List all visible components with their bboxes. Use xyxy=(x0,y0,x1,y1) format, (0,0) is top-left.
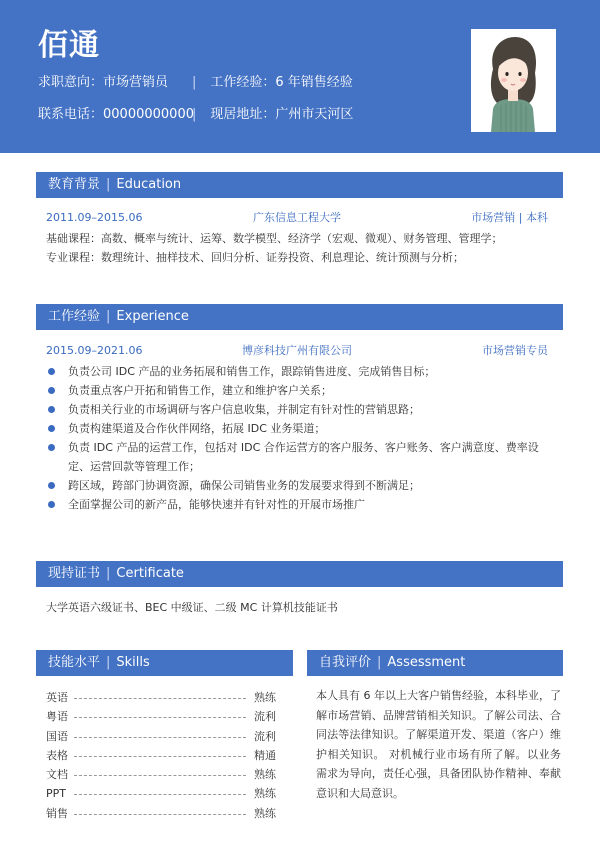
skill-name: 英语 xyxy=(46,688,72,707)
job-intent-value: 市场营销员 xyxy=(103,75,168,90)
skill-name: 表格 xyxy=(46,746,72,765)
section-header-skills: 技能水平|Skills xyxy=(36,650,293,676)
section-header-assessment: 自我评价|Assessment xyxy=(307,650,563,676)
skill-row: PPT熟练 xyxy=(46,784,276,803)
education-major-degree: 市场营销 | 本科 xyxy=(471,210,548,226)
section-title-cn: 工作经验 xyxy=(48,309,100,324)
section-title-en: Skills xyxy=(116,655,149,670)
candidate-name: 佰通 xyxy=(38,28,100,64)
bullet-icon xyxy=(48,368,55,375)
bullet-icon xyxy=(48,501,55,508)
divider: | xyxy=(106,177,110,192)
dotted-leader xyxy=(74,737,246,738)
duties-list: 负责公司 IDC 产品的业务拓展和销售工作，跟踪销售进度、完成销售目标； 负责重… xyxy=(46,362,556,514)
list-item: 负责公司 IDC 产品的业务拓展和销售工作，跟踪销售进度、完成销售目标； xyxy=(46,362,556,381)
resume-header: 佰通 求职意向：市场营销员|工作经验：6 年销售经验 联系电话：00000000… xyxy=(0,0,600,153)
list-item: 负责 IDC 产品的运营工作，包括对 IDC 合作运营方的客户服务、客户账务、客… xyxy=(46,438,556,476)
divider: | xyxy=(106,309,110,324)
section-title-cn: 技能水平 xyxy=(48,655,100,670)
dotted-leader xyxy=(74,756,246,757)
experience-company: 博彦科技广州有限公司 xyxy=(46,343,548,359)
major-courses: 专业课程：数理统计、抽样技术、回归分析、证券投资、利息理论、统计预测与分析； xyxy=(46,248,464,267)
duty-text: 全面掌握公司的新产品，能够快速并有针对性的开展市场推广 xyxy=(68,498,365,511)
address-value: 广州市天河区 xyxy=(275,107,353,122)
phone: 联系电话：00000000000 xyxy=(38,106,178,124)
duty-text: 负责相关行业的市场调研与客户信息收集，并制定有针对性的营销思路； xyxy=(68,403,420,416)
divider: | xyxy=(106,566,110,581)
skill-level: 熟练 xyxy=(250,688,276,707)
duty-text: 负责构建渠道及合作伙伴网络，拓展 IDC 业务渠道； xyxy=(68,422,325,435)
job-intent: 求职意向：市场营销员 xyxy=(38,74,178,92)
dotted-leader xyxy=(74,717,246,718)
skill-name: PPT xyxy=(46,784,70,803)
basic-courses: 基础课程：高数、概率与统计、运筹、数学模型、经济学（宏观、微观）、财务管理、管理… xyxy=(46,229,503,248)
address-label: 现居地址： xyxy=(210,107,275,122)
skill-level: 熟练 xyxy=(250,784,276,803)
experience-position: 市场营销专员 xyxy=(482,343,548,359)
divider: | xyxy=(106,655,110,670)
skill-name: 粤语 xyxy=(46,707,72,726)
divider: | xyxy=(192,106,196,124)
list-item: 负责构建渠道及合作伙伴网络，拓展 IDC 业务渠道； xyxy=(46,419,556,438)
divider: | xyxy=(192,74,196,92)
certificate-text: 大学英语六级证书、BEC 中级证、二级 MC 计算机技能证书 xyxy=(46,598,338,617)
section-title-en: Certificate xyxy=(116,566,184,581)
job-intent-label: 求职意向： xyxy=(38,75,103,90)
dotted-leader xyxy=(74,775,246,776)
skill-name: 国语 xyxy=(46,727,72,746)
list-item: 负责重点客户开拓和销售工作，建立和维护客户关系； xyxy=(46,381,556,400)
bullet-icon xyxy=(48,444,55,451)
section-title-cn: 自我评价 xyxy=(319,655,371,670)
duty-text: 负责公司 IDC 产品的业务拓展和销售工作，跟踪销售进度、完成销售目标； xyxy=(68,365,435,378)
bullet-icon xyxy=(48,387,55,394)
phone-label: 联系电话： xyxy=(38,107,103,122)
section-header-certificate: 现持证书|Certificate xyxy=(36,561,563,587)
dotted-leader xyxy=(74,698,246,699)
skills-list: 英语熟练 粤语流利 国语流利 表格精通 文档熟练 PPT熟练 销售熟练 xyxy=(46,688,276,823)
skill-row: 表格精通 xyxy=(46,746,276,765)
address: 现居地址：广州市天河区 xyxy=(210,106,353,124)
skill-level: 流利 xyxy=(250,727,276,746)
section-header-experience: 工作经验|Experience xyxy=(36,304,563,330)
list-item: 负责相关行业的市场调研与客户信息收集，并制定有针对性的营销思路； xyxy=(46,400,556,419)
avatar xyxy=(471,29,556,132)
phone-value: 00000000000 xyxy=(103,107,194,122)
info-row-intent: 求职意向：市场营销员|工作经验：6 年销售经验 xyxy=(38,74,353,92)
skill-row: 文档熟练 xyxy=(46,765,276,784)
duty-text: 跨区域，跨部门协调资源，确保公司销售业务的发展要求得到不断满足； xyxy=(68,479,420,492)
duty-text: 负责 IDC 产品的运营工作，包括对 IDC 合作运营方的客户服务、客户账务、客… xyxy=(68,441,539,473)
work-experience-value: 6 年销售经验 xyxy=(275,75,352,90)
work-experience-label: 工作经验： xyxy=(210,75,275,90)
bullet-icon xyxy=(48,482,55,489)
divider: | xyxy=(377,655,381,670)
assessment-text: 本人具有 6 年以上大客户销售经验，本科毕业，了解市场营销、品牌营销相关知识。了… xyxy=(316,686,561,803)
dotted-leader xyxy=(74,814,246,815)
list-item: 全面掌握公司的新产品，能够快速并有针对性的开展市场推广 xyxy=(46,495,556,514)
skill-row: 英语熟练 xyxy=(46,688,276,707)
work-experience: 工作经验：6 年销售经验 xyxy=(210,74,352,92)
section-title-en: Assessment xyxy=(387,655,465,670)
skill-level: 熟练 xyxy=(250,804,276,823)
skill-row: 粤语流利 xyxy=(46,707,276,726)
avatar-illustration-icon xyxy=(471,29,556,132)
section-title-cn: 教育背景 xyxy=(48,177,100,192)
bullet-icon xyxy=(48,425,55,432)
info-row-contact: 联系电话：00000000000|现居地址：广州市天河区 xyxy=(38,106,353,124)
skill-row: 销售熟练 xyxy=(46,804,276,823)
section-title-en: Experience xyxy=(116,309,189,324)
list-item: 跨区域，跨部门协调资源，确保公司销售业务的发展要求得到不断满足； xyxy=(46,476,556,495)
skill-name: 销售 xyxy=(46,804,72,823)
skill-level: 精通 xyxy=(250,746,276,765)
section-header-education: 教育背景|Education xyxy=(36,172,563,198)
skill-level: 流利 xyxy=(250,707,276,726)
skill-row: 国语流利 xyxy=(46,727,276,746)
skill-name: 文档 xyxy=(46,765,72,784)
duty-text: 负责重点客户开拓和销售工作，建立和维护客户关系； xyxy=(68,384,332,397)
bullet-icon xyxy=(48,406,55,413)
section-title-en: Education xyxy=(116,177,181,192)
section-title-cn: 现持证书 xyxy=(48,566,100,581)
skill-level: 熟练 xyxy=(250,765,276,784)
dotted-leader xyxy=(74,794,246,795)
